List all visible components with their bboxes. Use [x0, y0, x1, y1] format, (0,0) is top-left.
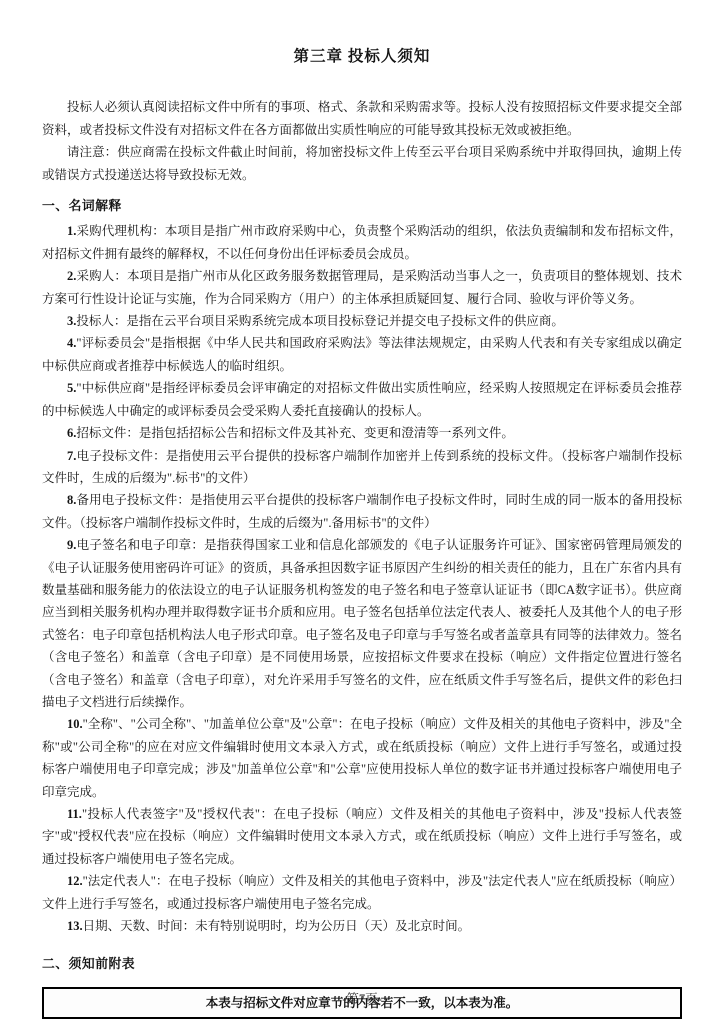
item-number: 5. — [67, 381, 76, 395]
item-number: 2. — [67, 269, 76, 283]
definition-item-13: 13.日期、天数、时间：未有特别说明时，均为公历日（天）及北京时间。 — [42, 915, 682, 937]
item-text: 采购人：本项目是指广州市从化区政务服务数据管理局，是采购活动当事人之一，负责项目… — [42, 269, 682, 305]
item-number: 7. — [67, 449, 76, 463]
definition-item-3: 3.投标人：是指在云平台项目采购系统完成本项目投标登记并提交电子投标文件的供应商… — [42, 310, 682, 332]
definition-item-5: 5."中标供应商"是指经评标委员会评审确定的对招标文件做出实质性响应，经采购人按… — [42, 377, 682, 422]
item-number: 9. — [67, 538, 76, 552]
item-number: 1. — [67, 224, 76, 238]
item-text: "投标人代表签字"及"授权代表"：在电子投标（响应）文件及相关的其他电子资料中，… — [42, 807, 682, 866]
item-number: 13. — [67, 919, 83, 933]
definition-item-11: 11."投标人代表签字"及"授权代表"：在电子投标（响应）文件及相关的其他电子资… — [42, 803, 682, 870]
item-text: 电子投标文件：是指使用云平台提供的投标客户端制作加密并上传到系统的投标文件。（投… — [42, 449, 682, 485]
item-text: 日期、天数、时间：未有特别说明时，均为公历日（天）及北京时间。 — [83, 919, 471, 933]
definition-item-4: 4."评标委员会"是指根据《中华人民共和国政府采购法》等法律法规规定，由采购人代… — [42, 332, 682, 377]
section-heading-pretable: 二、须知前附表 — [42, 953, 682, 975]
definition-item-2: 2.采购人：本项目是指广州市从化区政务服务数据管理局，是采购活动当事人之一，负责… — [42, 265, 682, 310]
intro-paragraph-2: 请注意：供应商需在投标文件截止时间前，将加密投标文件上传至云平台项目采购系统中并… — [42, 141, 682, 186]
definition-item-10: 10."全称"、"公司全称"、"加盖单位公章"及"公章"：在电子投标（响应）文件… — [42, 713, 682, 803]
item-text: "全称"、"公司全称"、"加盖单位公章"及"公章"：在电子投标（响应）文件及相关… — [42, 717, 682, 798]
definition-item-1: 1.采购代理机构：本项目是指广州市政府采购中心，负责整个采购活动的组织，依法负责… — [42, 220, 682, 265]
page-number: -第7页- — [0, 988, 724, 1010]
definition-item-8: 8.备用电子投标文件：是指使用云平台提供的投标客户端制作电子投标文件时，同时生成… — [42, 489, 682, 534]
item-text: 投标人：是指在云平台项目采购系统完成本项目投标登记并提交电子投标文件的供应商。 — [76, 314, 564, 328]
definition-item-12: 12."法定代表人"：在电子投标（响应）文件及相关的其他电子资料中，涉及"法定代… — [42, 870, 682, 915]
item-number: 8. — [67, 493, 76, 507]
definition-item-9: 9.电子签名和电子印章：是指获得国家工业和信息化部颁发的《电子认证服务许可证》、… — [42, 534, 682, 713]
intro-paragraph-1: 投标人必须认真阅读招标文件中所有的事项、格式、条款和采购需求等。投标人没有按照招… — [42, 96, 682, 141]
item-text: 电子签名和电子印章：是指获得国家工业和信息化部颁发的《电子认证服务许可证》、国家… — [42, 538, 682, 709]
page-title: 第三章 投标人须知 — [42, 46, 682, 68]
document-page: 第三章 投标人须知 投标人必须认真阅读招标文件中所有的事项、格式、条款和采购需求… — [0, 0, 724, 1024]
item-number: 12. — [67, 874, 83, 888]
item-text: 备用电子投标文件：是指使用云平台提供的投标客户端制作电子投标文件时，同时生成的同… — [42, 493, 682, 529]
item-number: 6. — [67, 426, 76, 440]
item-number: 3. — [67, 314, 76, 328]
item-text: 采购代理机构：本项目是指广州市政府采购中心，负责整个采购活动的组织，依法负责编制… — [42, 224, 682, 260]
item-number: 10. — [67, 717, 83, 731]
item-text: 招标文件：是指包括招标公告和招标文件及其补充、变更和澄清等一系列文件。 — [76, 426, 514, 440]
item-text: "中标供应商"是指经评标委员会评审确定的对招标文件做出实质性响应，经采购人按照规… — [42, 381, 682, 417]
item-text: "法定代表人"：在电子投标（响应）文件及相关的其他电子资料中，涉及"法定代表人"… — [42, 874, 682, 910]
definition-item-7: 7.电子投标文件：是指使用云平台提供的投标客户端制作加密并上传到系统的投标文件。… — [42, 445, 682, 490]
section-heading-definitions: 一、名词解释 — [42, 195, 682, 217]
item-text: "评标委员会"是指根据《中华人民共和国政府采购法》等法律法规规定，由采购人代表和… — [42, 336, 682, 372]
item-number: 4. — [67, 336, 76, 350]
item-number: 11. — [67, 807, 82, 821]
definition-item-6: 6.招标文件：是指包括招标公告和招标文件及其补充、变更和澄清等一系列文件。 — [42, 422, 682, 444]
